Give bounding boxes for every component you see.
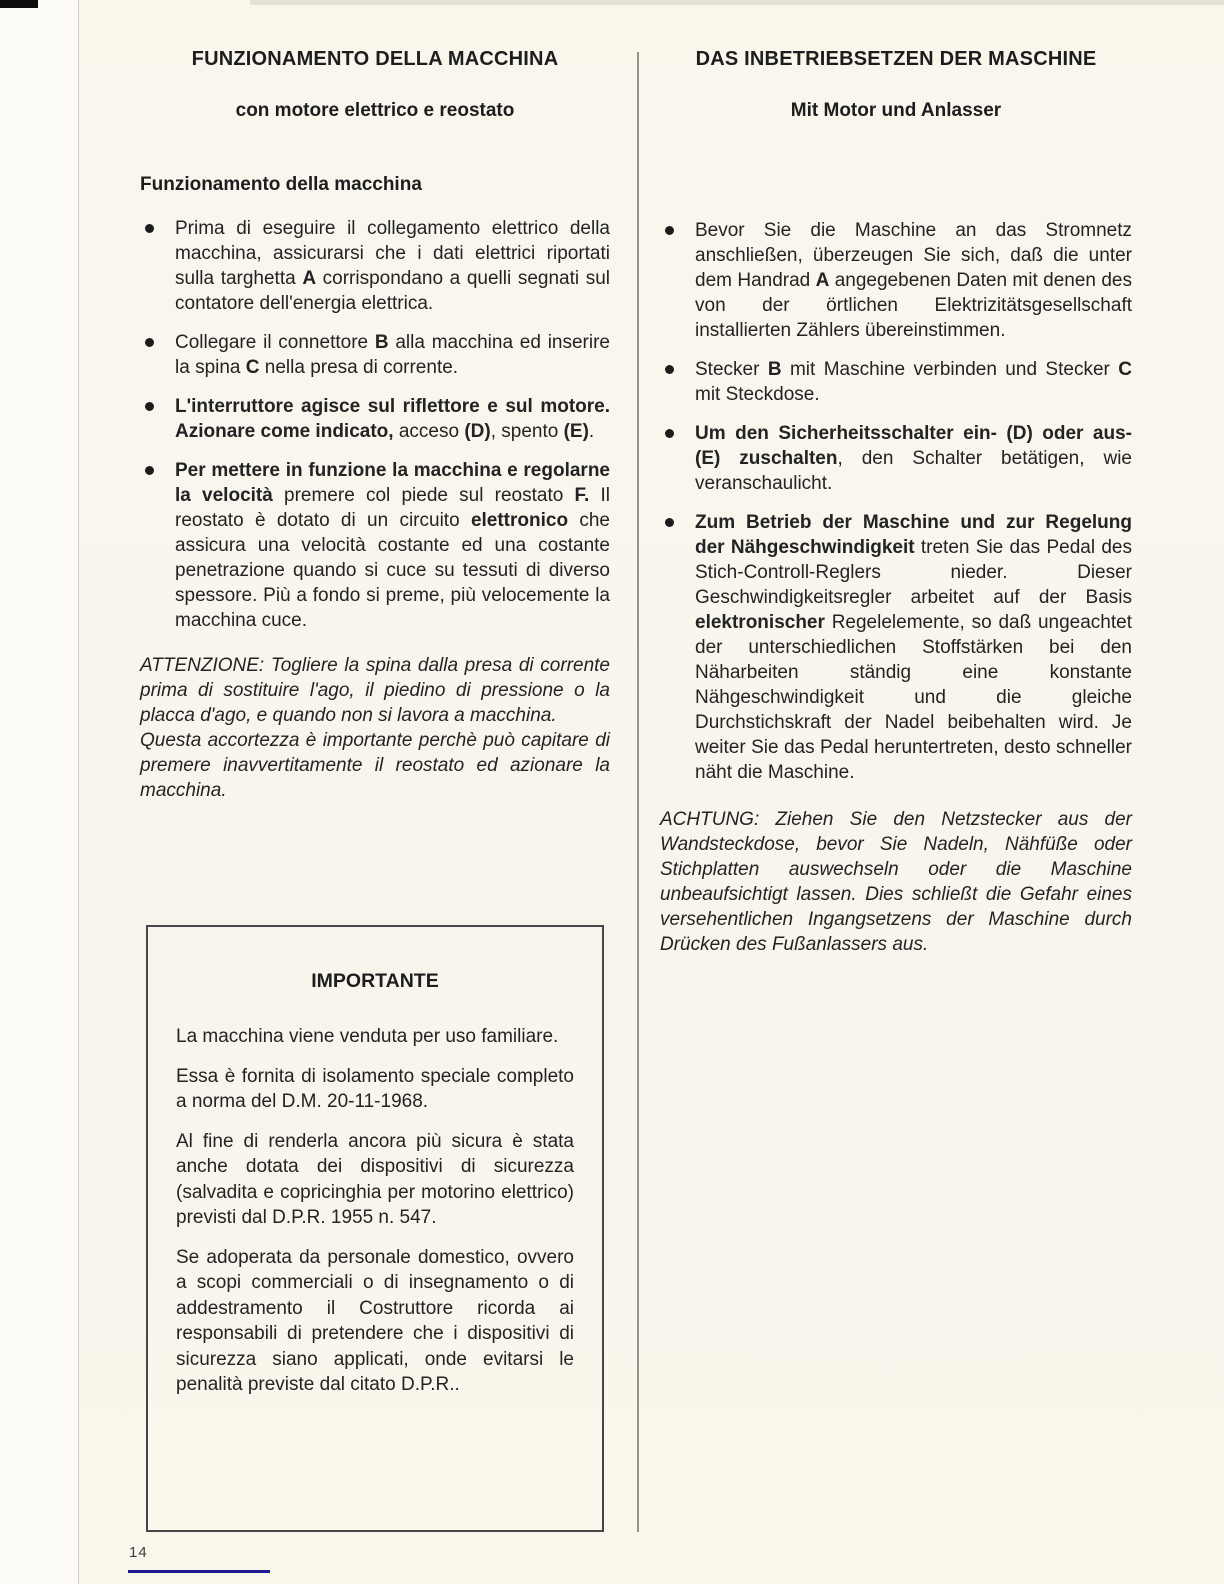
bullet-icon <box>665 429 674 438</box>
german-subtitle: Mit Motor und Anlasser <box>660 98 1132 124</box>
bullet-icon <box>145 224 154 233</box>
italian-bullet-list: Prima di eseguire il collegamento elettr… <box>140 216 610 633</box>
german-bullet-list: Bevor Sie die Maschine an das Stromnetz … <box>660 218 1132 785</box>
important-box-paragraph: Se adoperata da personale domestico, ovv… <box>176 1245 574 1398</box>
attention-paragraph: Questa accortezza è importante perchè pu… <box>140 728 610 803</box>
list-item: Stecker B mit Maschine verbinden und Ste… <box>660 357 1132 407</box>
important-box-paragraph: La macchina viene venduta per uso famili… <box>176 1024 574 1050</box>
german-column: DAS INBETRIEBSETZEN DER MASCHINE Mit Mot… <box>660 46 1132 957</box>
bullet-icon <box>145 402 154 411</box>
bullet-text: Collegare il connettore B alla macchina … <box>175 330 610 380</box>
scanned-manual-page: FUNZIONAMENTO DELLA MACCHINA con motore … <box>0 0 1224 1584</box>
achtung-paragraph: ACHTUNG: Ziehen Sie den Netzstecker aus … <box>660 807 1132 957</box>
bullet-icon <box>665 226 674 235</box>
bullet-text: Prima di eseguire il collegamento elettr… <box>175 216 610 316</box>
list-item: Per mettere in funzione la macchina e re… <box>140 458 610 633</box>
italian-section-heading: Funzionamento della macchina <box>140 172 610 198</box>
list-item: Bevor Sie die Maschine an das Stromnetz … <box>660 218 1132 343</box>
bullet-text: Stecker B mit Maschine verbinden und Ste… <box>695 357 1132 407</box>
important-box-paragraph: Al fine di renderla ancora più sicura è … <box>176 1129 574 1231</box>
scan-top-edge-artifact <box>250 0 1224 5</box>
bullet-icon <box>665 365 674 374</box>
column-divider-line <box>637 52 639 1532</box>
german-title: DAS INBETRIEBSETZEN DER MASCHINE <box>660 46 1132 72</box>
italian-column: FUNZIONAMENTO DELLA MACCHINA con motore … <box>140 46 610 803</box>
page-number: 14 <box>129 1544 148 1561</box>
list-item: L'interruttore agisce sul riflettore e s… <box>140 394 610 444</box>
bullet-icon <box>145 466 154 475</box>
bullet-text: Zum Betrieb der Maschine und zur Regelun… <box>695 510 1132 785</box>
bullet-text: Per mettere in funzione la macchina e re… <box>175 458 610 633</box>
list-item: Prima di eseguire il collegamento elettr… <box>140 216 610 316</box>
bullet-icon <box>145 338 154 347</box>
scan-underline-mark <box>128 1570 270 1573</box>
attention-paragraph: ATTENZIONE: Togliere la spina dalla pres… <box>140 653 610 728</box>
list-item: Collegare il connettore B alla macchina … <box>140 330 610 380</box>
bullet-text: Um den Sicherheitsschalter ein- (D) oder… <box>695 421 1132 496</box>
achtung-note: ACHTUNG: Ziehen Sie den Netzstecker aus … <box>660 807 1132 957</box>
list-item: Zum Betrieb der Maschine und zur Regelun… <box>660 510 1132 785</box>
important-box-heading: IMPORTANTE <box>176 969 574 994</box>
scan-corner-artifact <box>0 0 38 8</box>
bullet-text: L'interruttore agisce sul riflettore e s… <box>175 394 610 444</box>
attention-note: ATTENZIONE: Togliere la spina dalla pres… <box>140 653 610 803</box>
bullet-icon <box>665 518 674 527</box>
list-item: Um den Sicherheitsschalter ein- (D) oder… <box>660 421 1132 496</box>
bullet-text: Bevor Sie die Maschine an das Stromnetz … <box>695 218 1132 343</box>
italian-title: FUNZIONAMENTO DELLA MACCHINA <box>140 46 610 72</box>
important-box-paragraph: Essa è fornita di isolamento speciale co… <box>176 1064 574 1115</box>
italian-subtitle: con motore elettrico e reostato <box>140 98 610 124</box>
important-box: IMPORTANTE La macchina viene venduta per… <box>146 925 604 1532</box>
